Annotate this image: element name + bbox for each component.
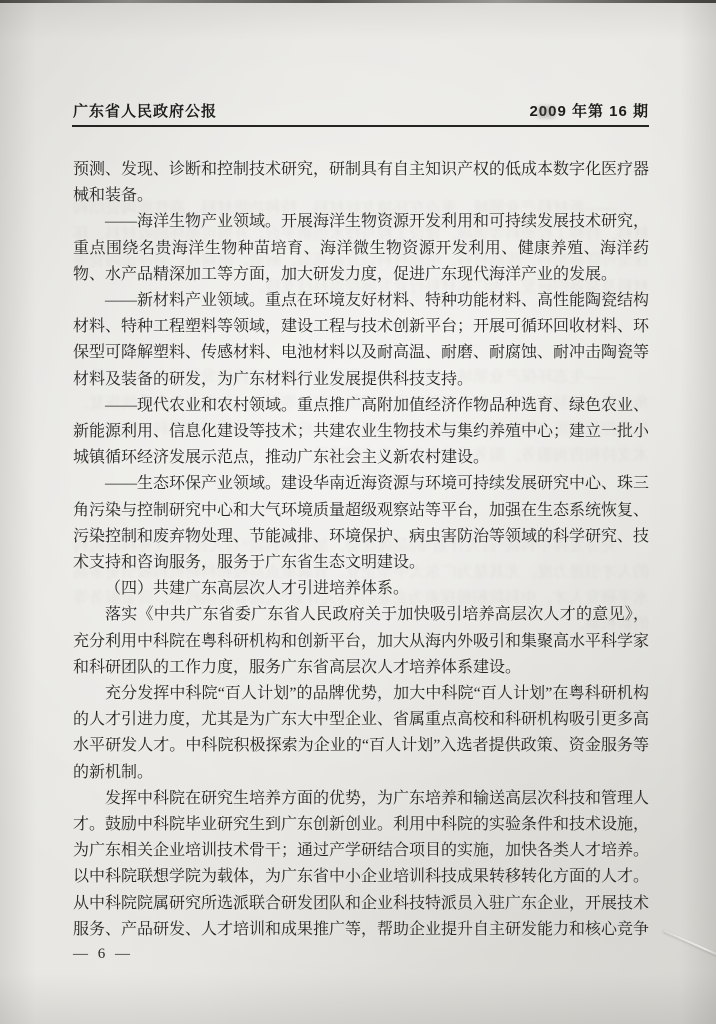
paragraph-hundred-talents: 充分发挥中科院“百人计划”的品牌优势，加大中科院“百人计划”在粤科研机构的人才引… — [73, 681, 649, 786]
ink-smudge — [538, 106, 555, 118]
header-rule — [72, 125, 649, 127]
paragraph-eco-environment: ——生态环保产业领域。建设华南近海资源与环境可持续发展研究中心、珠三角污染与控制… — [73, 471, 649, 576]
journal-title: 广东省人民政府公报 — [73, 100, 217, 121]
scanned-gazette-page: ——新材料产业领域。重点在环境友好材料、特种功能材料、高性能陶瓷结构材料、特种工… — [0, 0, 716, 1024]
document-body: 预测、发现、诊断和控制技术研究，研制具有自主知识产权的低成本数字化医疗器械和装备… — [73, 157, 649, 943]
paragraph-talent-policy: 落实《中共广东省委广东省人民政府关于加快吸引培养高层次人才的意见》，充分利用中科… — [73, 602, 649, 681]
scan-top-edge — [0, 0, 716, 3]
paragraph-agriculture: ——现代农业和农村领域。重点推广高附加值经济作物品种选育、绿色农业、新能源利用、… — [73, 393, 649, 472]
paragraph-new-materials: ——新材料产业领域。重点在环境友好材料、特种功能材料、高性能陶瓷结构材料、特种工… — [73, 288, 649, 393]
section-heading-four: （四）共建广东高层次人才引进培养体系。 — [73, 576, 649, 602]
page-header: 广东省人民政府公报 2009 年第 16 期 — [73, 100, 649, 121]
paragraph-continuation: 预测、发现、诊断和控制技术研究，研制具有自主知识产权的低成本数字化医疗器械和装备… — [73, 157, 649, 209]
page-number: — 6 — — [73, 946, 133, 963]
paragraph-marine-bio: ——海洋生物产业领域。开展海洋生物资源开发利用和可持续发展技术研究，重点围绕名贵… — [73, 209, 649, 288]
paper-crease — [663, 930, 716, 968]
paragraph-graduate-training: 发挥中科院在研究生培养方面的优势，为广东培养和输送高层次科技和管理人才。鼓励中科… — [73, 786, 649, 943]
